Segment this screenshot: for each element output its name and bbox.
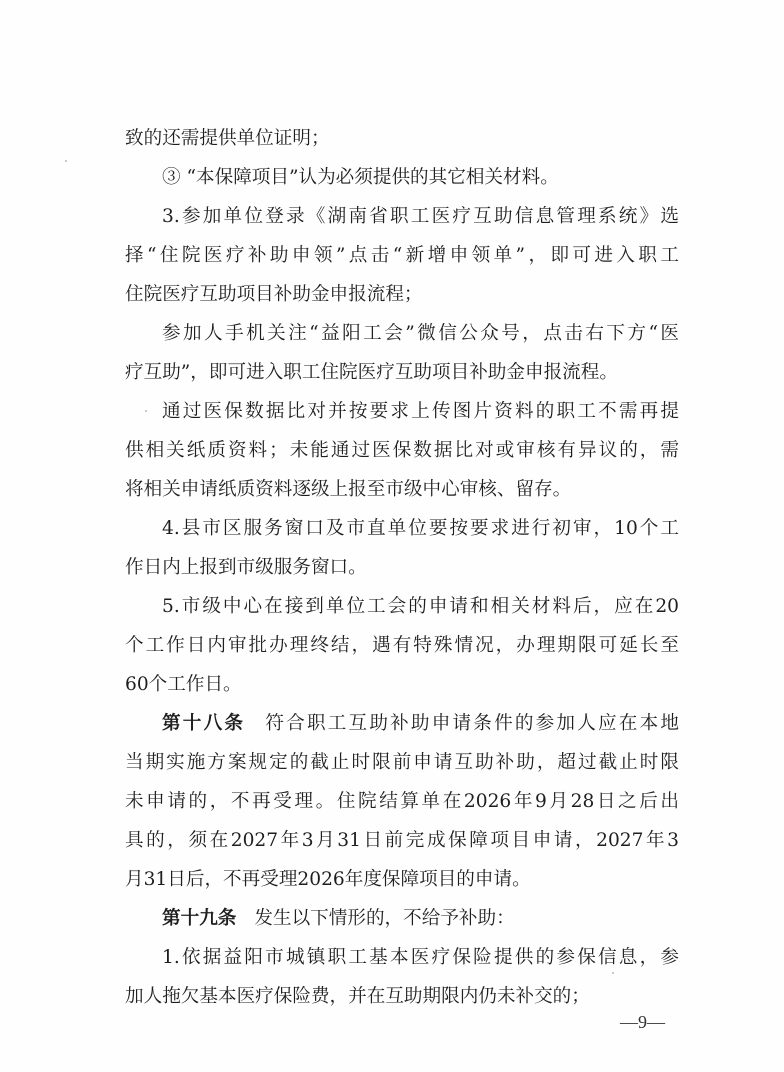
text-line-17: 当期实施方案规定的截止时限前申请互助补助，超过截止时限 <box>125 748 679 778</box>
line-text: 当期实施方案规定的截止时限前申请互助补助，超过截止时限 <box>125 752 679 773</box>
text-line-22: 1.依据益阳市城镇职工基本医疗保险提供的参保信息，参 <box>162 943 679 973</box>
line-text: 符合职工互助补助申请条件的参加人应在本地 <box>263 713 679 734</box>
text-line-3: 3.参加单位登录《湖南省职工医疗互助信息管理系统》选 <box>162 202 679 232</box>
line-text: 参加人手机关注“益阳工会”微信公众号，点击右下方“医 <box>162 323 679 344</box>
line-text: 月31日后，不再受理2026年度保障项目的申请。 <box>125 869 531 890</box>
text-line-20: 月31日后，不再受理2026年度保障项目的申请。 <box>125 865 679 895</box>
text-line-7: 疗互助”，即可进入职工住院医疗互助项目补助金申报流程。 <box>125 358 679 388</box>
line-text: 加人拖欠基本医疗保险费，并在互助期限内仍未补交的； <box>125 986 590 1007</box>
line-text: 通过医保数据比对并按要求上传图片资料的职工不需再提 <box>162 401 679 422</box>
scan-speck <box>145 410 147 412</box>
text-line-8: 通过医保数据比对并按要求上传图片资料的职工不需再提 <box>162 397 679 427</box>
text-line-9: 供相关纸质资料；未能通过医保数据比对或审核有异议的，需 <box>125 436 679 466</box>
line-text: 疗互助”，即可进入职工住院医疗互助项目补助金申报流程。 <box>125 362 618 383</box>
line-text: 供相关纸质资料；未能通过医保数据比对或审核有异议的，需 <box>125 440 679 461</box>
text-line-6: 参加人手机关注“益阳工会”微信公众号，点击右下方“医 <box>162 319 679 349</box>
article-number: 第十八条 <box>162 713 245 734</box>
line-text: 择“住院医疗补助申领”点击“新增申领单”，即可进入职工 <box>125 245 679 266</box>
line-text: 作日内上报到市级服务窗口。 <box>125 557 367 578</box>
line-text: 发生以下情形的，不给予补助： <box>254 908 514 929</box>
text-line-10: 将相关申请纸质资料逐级上报至市级中心审核、留存。 <box>125 475 679 505</box>
line-text: 4.县市区服务窗口及市直单位要按要求进行初审，10个工 <box>162 518 679 539</box>
line-text: 未申请的，不再受理。住院结算单在2026年9月28日之后出 <box>125 791 679 812</box>
line-text: 将相关申请纸质资料逐级上报至市级中心审核、留存。 <box>125 479 571 500</box>
text-line-2: ③ “本保障项目”认为必须提供的其它相关材料。 <box>162 163 679 193</box>
article-18-heading-line: 第十八条符合职工互助补助申请条件的参加人应在本地 <box>162 709 679 739</box>
article-19-heading-line: 第十九条发生以下情形的，不给予补助： <box>162 904 679 934</box>
line-text: 致的还需提供单位证明； <box>125 128 330 149</box>
text-line-23: 加人拖欠基本医疗保险费，并在互助期限内仍未补交的； <box>125 982 679 1012</box>
text-line-5: 住院医疗互助项目补助金申报流程； <box>125 280 679 310</box>
line-text: 60个工作日。 <box>125 674 242 695</box>
text-line-19: 具的，须在2027年3月31日前完成保障项目申请，2027年3 <box>125 826 679 856</box>
text-line-11: 4.县市区服务窗口及市直单位要按要求进行初审，10个工 <box>162 514 679 544</box>
text-line-12: 作日内上报到市级服务窗口。 <box>125 553 679 583</box>
line-text: 5.市级中心在接到单位工会的申请和相关材料后，应在20 <box>162 596 679 617</box>
document-page: 致的还需提供单位证明； ③ “本保障项目”认为必须提供的其它相关材料。 3.参加… <box>0 0 784 1072</box>
line-text: 具的，须在2027年3月31日前完成保障项目申请，2027年3 <box>125 830 679 851</box>
scan-speck <box>612 972 614 974</box>
article-number: 第十九条 <box>162 908 236 929</box>
scan-speck <box>65 160 67 162</box>
text-line-4: 择“住院医疗补助申领”点击“新增申领单”，即可进入职工 <box>125 241 679 271</box>
line-text: 住院医疗互助项目补助金申报流程； <box>125 284 423 305</box>
text-line-18: 未申请的，不再受理。住院结算单在2026年9月28日之后出 <box>125 787 679 817</box>
text-line-1: 致的还需提供单位证明； <box>125 124 679 154</box>
page-number: —9— <box>620 1007 665 1037</box>
line-text: 个工作日内审批办理终结，遇有特殊情况，办理期限可延长至 <box>125 635 679 656</box>
text-line-13: 5.市级中心在接到单位工会的申请和相关材料后，应在20 <box>162 592 679 622</box>
line-text: ③ “本保障项目”认为必须提供的其它相关材料。 <box>162 167 559 188</box>
line-text: 3.参加单位登录《湖南省职工医疗互助信息管理系统》选 <box>162 206 679 227</box>
text-line-14: 个工作日内审批办理终结，遇有特殊情况，办理期限可延长至 <box>125 631 679 661</box>
text-line-15: 60个工作日。 <box>125 670 679 700</box>
line-text: 1.依据益阳市城镇职工基本医疗保险提供的参保信息，参 <box>162 947 679 968</box>
